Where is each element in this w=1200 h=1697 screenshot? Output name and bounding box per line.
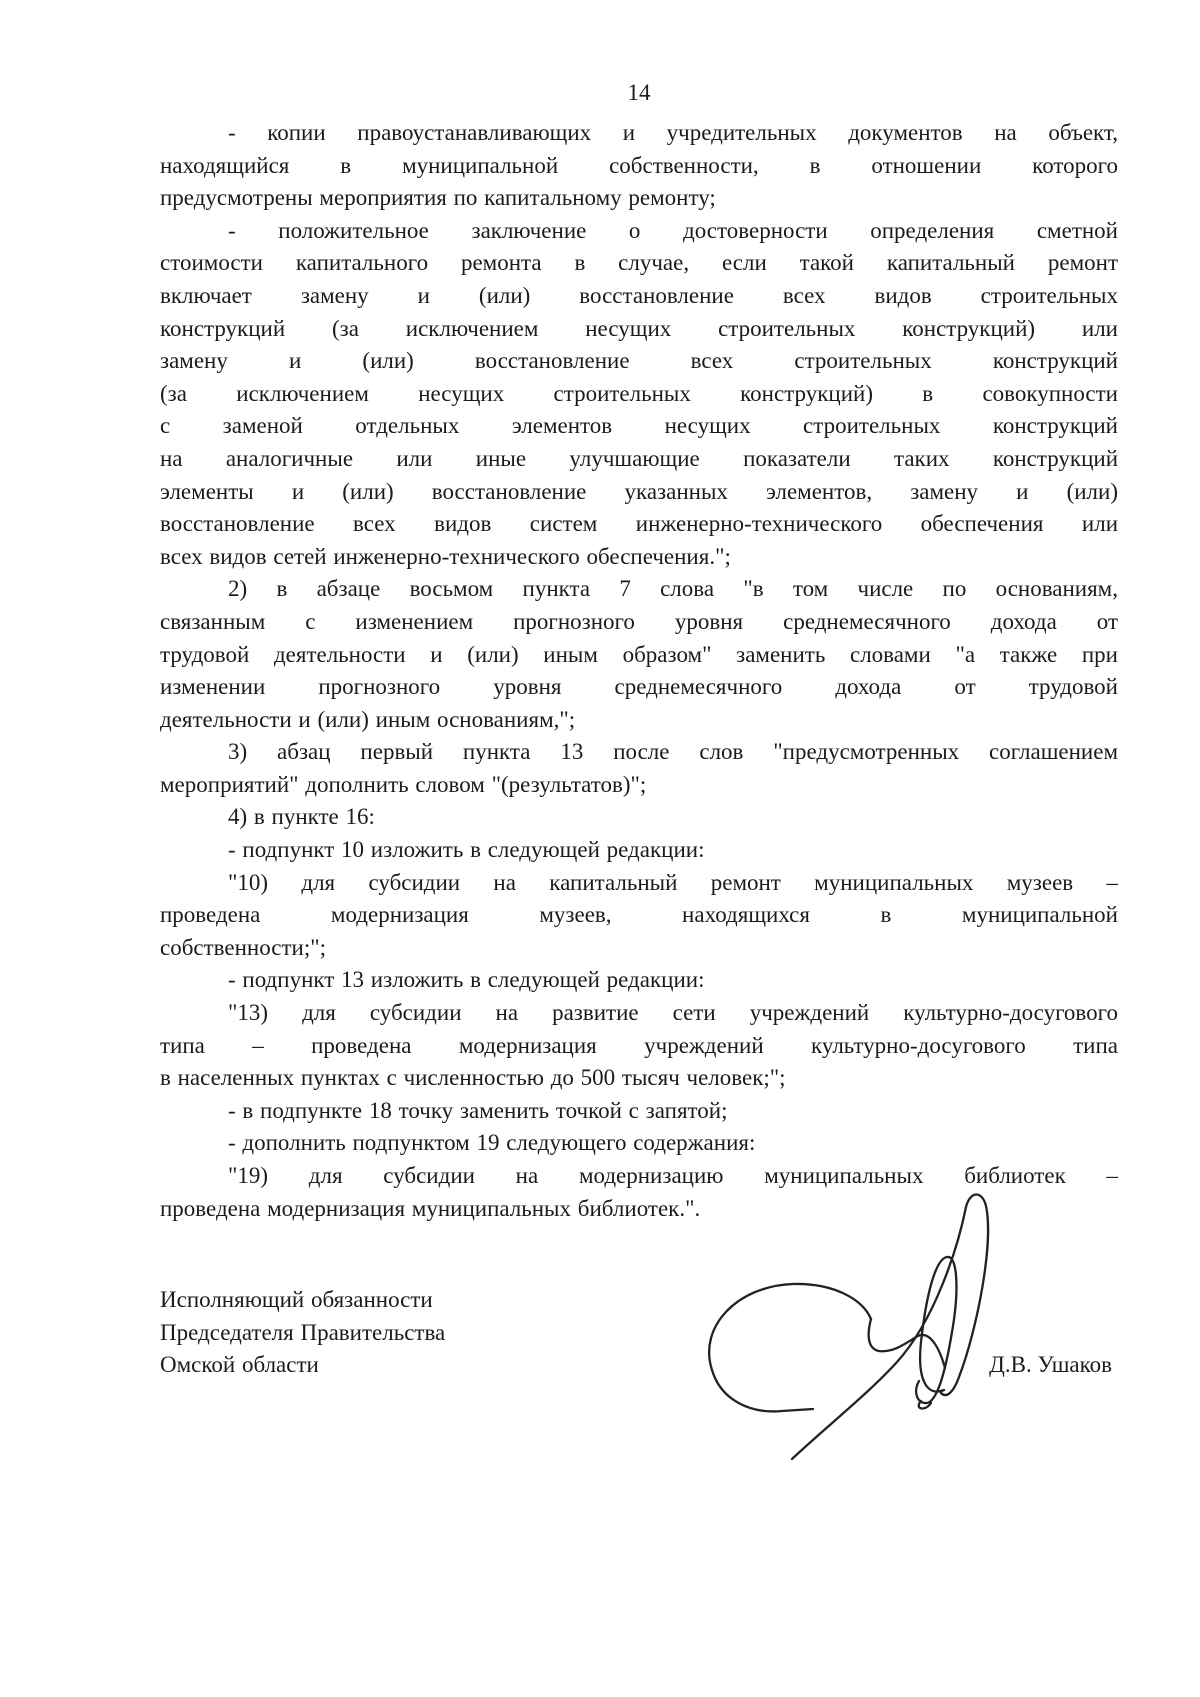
text-line: (за исключением несущих строительных кон… <box>160 378 1118 411</box>
page-number: 14 <box>160 80 1118 106</box>
text-line: 3) абзац первый пункта 13 после слов "пр… <box>160 736 1118 769</box>
signer-title-line: Омской области <box>160 1349 445 1382</box>
text-line: с заменой отдельных элементов несущих ст… <box>160 410 1118 443</box>
text-line: изменении прогнозного уровня среднемесяч… <box>160 671 1118 704</box>
signer-title-line: Исполняющий обязанности <box>160 1284 445 1317</box>
signer-title-line: Председателя Правительства <box>160 1317 445 1350</box>
text-line: проведена модернизация музеев, находящих… <box>160 899 1118 932</box>
signer-title: Исполняющий обязанностиПредседателя Прав… <box>160 1284 445 1382</box>
text-line: восстановление всех видов систем инженер… <box>160 508 1118 541</box>
text-line: всех видов сетей инженерно-технического … <box>160 541 1118 574</box>
handwritten-signature-icon <box>640 1150 1080 1480</box>
document-page: 14 - копии правоустанавливающих и учреди… <box>0 0 1200 1697</box>
text-line: мероприятий" дополнить словом "(результа… <box>160 769 1118 802</box>
text-line: 2) в абзаце восьмом пункта 7 слова "в то… <box>160 573 1118 606</box>
text-line: замену и (или) восстановление всех строи… <box>160 345 1118 378</box>
text-line: - положительное заключение о достовернос… <box>160 215 1118 248</box>
text-line: - подпункт 13 изложить в следующей редак… <box>160 964 1118 997</box>
text-line: предусмотрены мероприятия по капитальном… <box>160 182 1118 215</box>
text-line: конструкций (за исключением несущих стро… <box>160 313 1118 346</box>
text-line: "13) для субсидии на развитие сети учреж… <box>160 997 1118 1030</box>
text-line: находящийся в муниципальной собственност… <box>160 150 1118 183</box>
text-line: собственности;"; <box>160 932 1118 965</box>
text-line: - копии правоустанавливающих и учредител… <box>160 117 1118 150</box>
document-body: - копии правоустанавливающих и учредител… <box>160 117 1118 1225</box>
text-line: в населенных пунктах с численностью до 5… <box>160 1062 1118 1095</box>
text-line: типа – проведена модернизация учреждений… <box>160 1030 1118 1063</box>
text-line: включает замену и (или) восстановление в… <box>160 280 1118 313</box>
text-line: элементы и (или) восстановление указанны… <box>160 476 1118 509</box>
text-line: - в подпункте 18 точку заменить точкой с… <box>160 1095 1118 1128</box>
text-line: связанным с изменением прогнозного уровн… <box>160 606 1118 639</box>
text-line: "10) для субсидии на капитальный ремонт … <box>160 867 1118 900</box>
text-line: деятельности и (или) иным основаниям,"; <box>160 704 1118 737</box>
text-line: стоимости капитального ремонта в случае,… <box>160 247 1118 280</box>
text-line: 4) в пункте 16: <box>160 801 1118 834</box>
text-line: трудовой деятельности и (или) иным образ… <box>160 639 1118 672</box>
text-line: на аналогичные или иные улучшающие показ… <box>160 443 1118 476</box>
text-line: - подпункт 10 изложить в следующей редак… <box>160 834 1118 867</box>
